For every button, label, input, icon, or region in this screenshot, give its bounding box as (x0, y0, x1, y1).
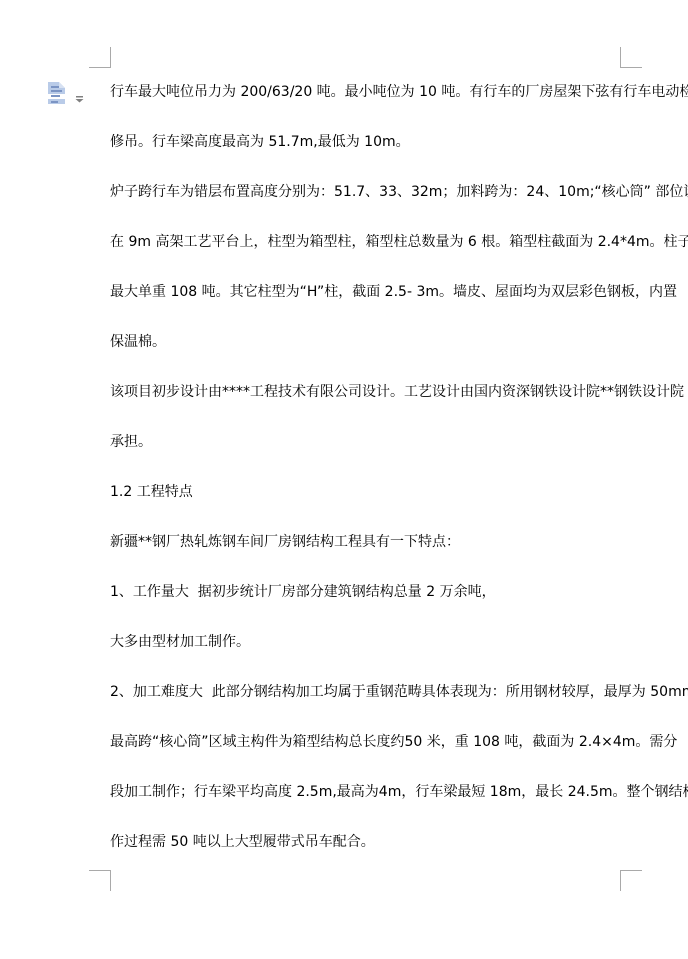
paragraph: 炉子跨行车为错层布置高度分别为：51.7、33、32m；加料跨为：24、10m;… (110, 183, 626, 383)
text-line: 最高跨“核心筒”区域主构件为箱型结构总长度约50 米，重 108 吨，截面为 2… (110, 733, 626, 783)
chevron-down-icon[interactable] (75, 88, 84, 107)
text-line: 1、工作量大 据初步统计厂房部分建筑钢结构总量 2 万余吨， (110, 583, 626, 633)
text-line: 新疆**钢厂热轧炼钢车间厂房钢结构工程具有一下特点： (110, 533, 626, 583)
paste-options-button[interactable] (48, 82, 84, 107)
text-line: 行车最大吨位吊力为 200/63/20 吨。最小吨位为 10 吨。有行车的厂房屋… (110, 83, 626, 133)
text-line: 作过程需 50 吨以上大型履带式吊车配合。 (110, 833, 626, 883)
crop-mark-bottom-left (89, 870, 111, 891)
text-line: 段加工制作；行车梁平均高度 2.5m,最高为4m，行车梁最短 18m，最长 24… (110, 783, 626, 833)
text-line: 炉子跨行车为错层布置高度分别为：51.7、33、32m；加料跨为：24、10m;… (110, 183, 626, 233)
document-icon (48, 82, 67, 105)
paragraph: 1、工作量大 据初步统计厂房部分建筑钢结构总量 2 万余吨，大多由型材加工制作。 (110, 583, 626, 683)
text-line: 最大单重 108 吨。其它柱型为“H”柱，截面 2.5- 3m。墙皮、屋面均为双… (110, 283, 626, 333)
section: 1.2 工程特点 (110, 483, 626, 533)
paragraph: 新疆**钢厂热轧炼钢车间厂房钢结构工程具有一下特点： (110, 533, 626, 583)
text-line: 保温棉。 (110, 333, 626, 383)
paragraph: 该项目初步设计由****工程技术有限公司设计。工艺设计由国内资深钢铁设计院**钢… (110, 383, 626, 483)
text-line: 承担。 (110, 433, 626, 483)
text-line: 在 9m 高架工艺平台上，柱型为箱型柱，箱型柱总数量为 6 根。箱型柱截面为 2… (110, 233, 626, 283)
text-line: 2、加工难度大 此部分钢结构加工均属于重钢范畴具体表现为：所用钢材较厚，最厚为 … (110, 683, 626, 733)
section-heading: 1.2 工程特点 (110, 483, 626, 533)
crop-mark-top-right (620, 47, 642, 68)
crop-mark-top-left (89, 47, 111, 68)
text-line: 该项目初步设计由****工程技术有限公司设计。工艺设计由国内资深钢铁设计院**钢… (110, 383, 626, 433)
document-body: 行车最大吨位吊力为 200/63/20 吨。最小吨位为 10 吨。有行车的厂房屋… (110, 83, 626, 883)
text-line: 大多由型材加工制作。 (110, 633, 626, 683)
text-line: 修吊。行车梁高度最高为 51.7m,最低为 10m。 (110, 133, 626, 183)
paragraph: 2、加工难度大 此部分钢结构加工均属于重钢范畴具体表现为：所用钢材较厚，最厚为 … (110, 683, 626, 883)
paragraph: 行车最大吨位吊力为 200/63/20 吨。最小吨位为 10 吨。有行车的厂房屋… (110, 83, 626, 183)
